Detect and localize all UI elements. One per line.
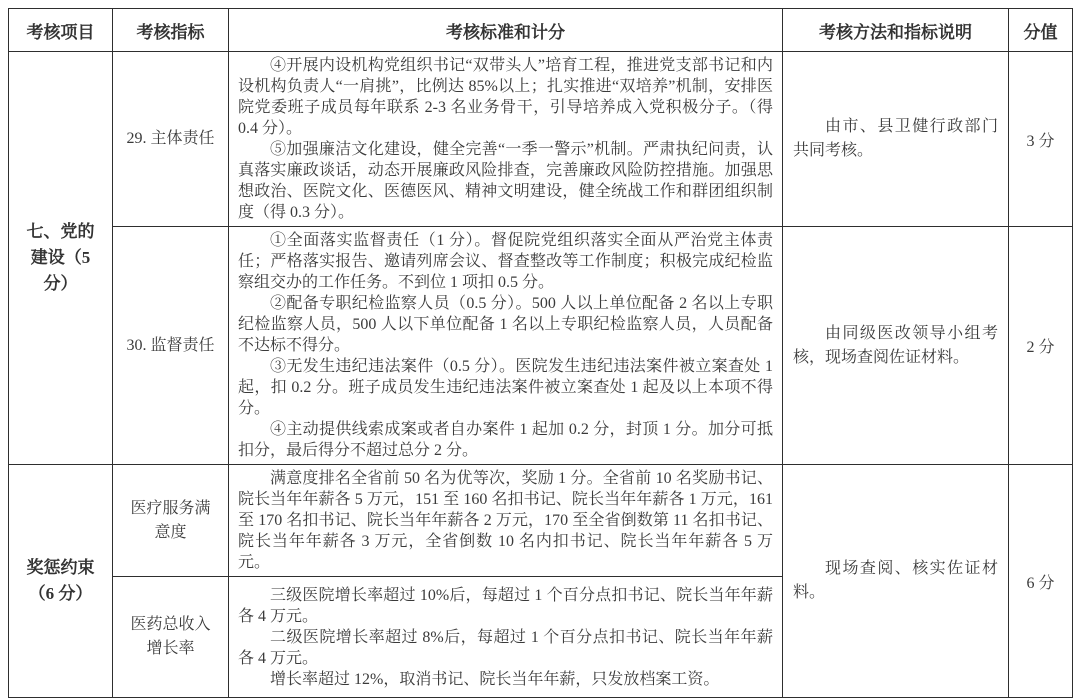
method-text: 由市、县卫健行政部门共同考核。 bbox=[793, 115, 998, 163]
method-cell-30: 由同级医改领导小组考核，现场查阅佐证材料。 bbox=[783, 227, 1009, 465]
header-cell-project: 考核项目 bbox=[9, 9, 113, 52]
standards-cell-satisfaction: 满意度排名全省前 50 名为优等次，奖励 1 分。全省前 10 名奖励书记、院长… bbox=[229, 465, 783, 577]
method-cell-reward-punishment: 现场查阅、核实佐证材料。 bbox=[783, 465, 1009, 698]
standards-paragraph: 满意度排名全省前 50 名为优等次，奖励 1 分。全省前 10 名奖励书记、院长… bbox=[238, 468, 773, 573]
indicator-cell-satisfaction: 医疗服务满意度 bbox=[113, 465, 229, 577]
standards-paragraph: ③无发生违纪违法案件（0.5 分）。医院发生违纪违法案件被立案查处 1 起，扣 … bbox=[238, 356, 773, 419]
indicator-cell-revenue-growth: 医药总收入增长率 bbox=[113, 577, 229, 698]
table-row-responsibility-30: 30. 监督责任 ①全面落实监督责任（1 分）。督促院党组织落实全面从严治党主体… bbox=[9, 227, 1073, 465]
standards-paragraph: ⑤加强廉洁文化建设，健全完善“一季一警示”机制。严肃执纪问责，认真落实廉政谈话，… bbox=[238, 139, 773, 223]
header-cell-standards: 考核标准和计分 bbox=[229, 9, 783, 52]
header-cell-indicator: 考核指标 bbox=[113, 9, 229, 52]
score-cell-reward-punishment: 6 分 bbox=[1009, 465, 1073, 698]
standards-cell-29: ④开展内设机构党组织书记“双带头人”培育工程，推进党支部书记和内设机构负责人“一… bbox=[229, 52, 783, 227]
method-text: 现场查阅、核实佐证材料。 bbox=[793, 557, 998, 605]
indicator-cell-29: 29. 主体责任 bbox=[113, 52, 229, 227]
standards-paragraph: ④主动提供线索成案或者自办案件 1 起加 0.2 分，封顶 1 分。加分可抵扣分… bbox=[238, 419, 773, 461]
method-cell-29: 由市、县卫健行政部门共同考核。 bbox=[783, 52, 1009, 227]
standards-paragraph: 三级医院增长率超过 10%后，每超过 1 个百分点扣书记、院长当年年薪各 4 万… bbox=[238, 585, 773, 627]
header-row: 考核项目 考核指标 考核标准和计分 考核方法和指标说明 分值 bbox=[9, 9, 1073, 52]
table-row-satisfaction: 奖惩约束（6 分） 医疗服务满意度 满意度排名全省前 50 名为优等次，奖励 1… bbox=[9, 465, 1073, 577]
table-row-responsibility-29: 七、党的建设（5 分） 29. 主体责任 ④开展内设机构党组织书记“双带头人”培… bbox=[9, 52, 1073, 227]
project-cell-party-building: 七、党的建设（5 分） bbox=[9, 52, 113, 465]
standards-paragraph: ①全面落实监督责任（1 分）。督促院党组织落实全面从严治党主体责任；严格落实报告… bbox=[238, 230, 773, 293]
method-text: 由同级医改领导小组考核，现场查阅佐证材料。 bbox=[793, 322, 998, 370]
standards-paragraph: ②配备专职纪检监察人员（0.5 分）。500 人以上单位配备 2 名以上专职纪检… bbox=[238, 293, 773, 356]
standards-cell-30: ①全面落实监督责任（1 分）。督促院党组织落实全面从严治党主体责任；严格落实报告… bbox=[229, 227, 783, 465]
standards-paragraph: ④开展内设机构党组织书记“双带头人”培育工程，推进党支部书记和内设机构负责人“一… bbox=[238, 55, 773, 139]
score-cell-30: 2 分 bbox=[1009, 227, 1073, 465]
indicator-cell-30: 30. 监督责任 bbox=[113, 227, 229, 465]
score-cell-29: 3 分 bbox=[1009, 52, 1073, 227]
header-cell-method: 考核方法和指标说明 bbox=[783, 9, 1009, 52]
standards-paragraph: 增长率超过 12%，取消书记、院长当年年薪，只发放档案工资。 bbox=[238, 669, 773, 690]
standards-cell-revenue-growth: 三级医院增长率超过 10%后，每超过 1 个百分点扣书记、院长当年年薪各 4 万… bbox=[229, 577, 783, 698]
standards-paragraph: 二级医院增长率超过 8%后，每超过 1 个百分点扣书记、院长当年年薪各 4 万元… bbox=[238, 627, 773, 669]
project-cell-reward-punishment: 奖惩约束（6 分） bbox=[9, 465, 113, 698]
header-cell-score: 分值 bbox=[1009, 9, 1073, 52]
assessment-table: 考核项目 考核指标 考核标准和计分 考核方法和指标说明 分值 七、党的建设（5 … bbox=[8, 8, 1073, 698]
